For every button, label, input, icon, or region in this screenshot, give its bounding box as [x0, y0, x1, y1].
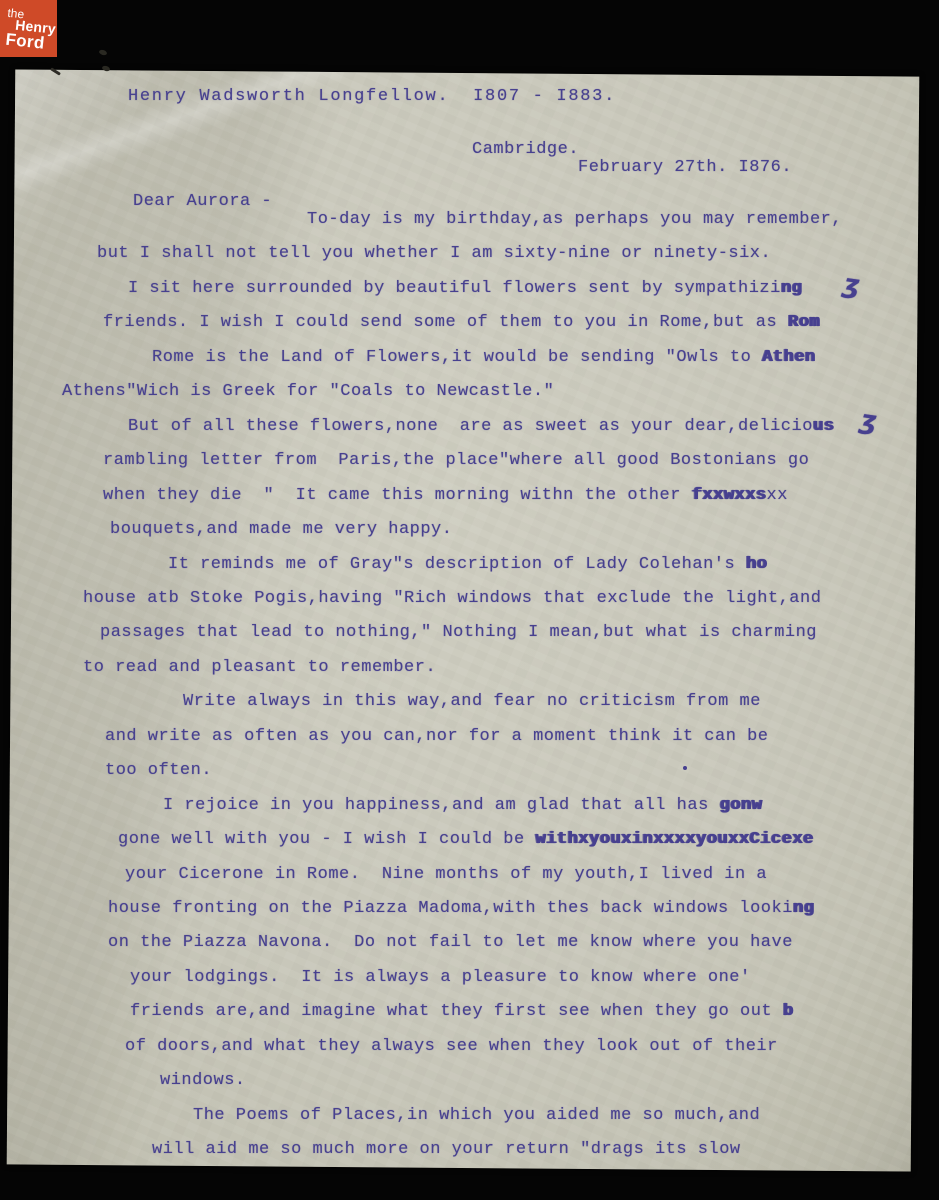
typed-text: Athens"Wich is Greek for "Coals to Newca…	[62, 382, 554, 401]
letter-line: bouquets,and made me very happy.	[110, 519, 452, 541]
typed-text: windows.	[160, 1071, 246, 1090]
letter-line: house atb Stoke Pogis,having "Rich windo…	[83, 588, 821, 610]
letter-line: of doors,and what they always see when t…	[125, 1036, 778, 1058]
letter-line: To-day is my birthday,as perhaps you may…	[307, 209, 842, 231]
letter-line: Cambridge.	[472, 139, 579, 161]
typed-text: To-day is my birthday,as perhaps you may…	[307, 210, 842, 229]
letter-line: I sit here surrounded by beautiful flowe…	[128, 278, 802, 300]
letter-line: on the Piazza Navona. Do not fail to let…	[108, 932, 793, 954]
letter-line: and write as often as you can,nor for a …	[105, 726, 769, 748]
letter-line: house fronting on the Piazza Madoma,with…	[108, 898, 814, 920]
letter-line: but I shall not tell you whether I am si…	[97, 243, 771, 265]
stray-mark	[98, 49, 107, 56]
typed-text: February 27th. I876.	[578, 158, 792, 177]
typed-text: I sit here surrounded by beautiful flowe…	[128, 279, 781, 298]
typed-text: xx	[767, 486, 788, 505]
typed-text: Henry Wadsworth Longfellow. I807 - I883.	[128, 87, 616, 106]
overstrike-text: b	[783, 1002, 794, 1021]
letter-line: friends. I wish I could send some of the…	[103, 312, 820, 334]
handwritten-mark: ʒ	[858, 405, 879, 437]
letter-line: rambling letter from Paris,the place"whe…	[103, 450, 809, 472]
letter-line: passages that lead to nothing," Nothing …	[100, 622, 817, 644]
typed-text: on the Piazza Navona. Do not fail to let…	[108, 933, 793, 952]
typed-text: But of all these flowers,none are as swe…	[128, 417, 813, 436]
typed-text: but I shall not tell you whether I am si…	[97, 244, 771, 263]
letter-line: It reminds me of Gray"s description of L…	[168, 554, 767, 576]
typed-text: of doors,and what they always see when t…	[125, 1037, 778, 1056]
overstrike-text: ng	[781, 279, 802, 298]
letter-line: Henry Wadsworth Longfellow. I807 - I883.	[128, 86, 616, 108]
letter-line: But of all these flowers,none are as swe…	[128, 416, 834, 438]
letter-line: February 27th. I876.	[578, 157, 792, 179]
typed-text: will aid me so much more on your return …	[152, 1140, 741, 1159]
letter-line: Athens"Wich is Greek for "Coals to Newca…	[62, 381, 554, 403]
overstrike-text: Rom	[788, 313, 820, 332]
letter-line: will aid me so much more on your return …	[152, 1139, 741, 1161]
letter-line: The Poems of Places,in which you aided m…	[193, 1105, 760, 1127]
typed-text: Cambridge.	[472, 140, 579, 159]
typed-text: friends. I wish I could send some of the…	[103, 313, 788, 332]
handwritten-mark: ʒ	[841, 269, 862, 301]
overstrike-text: fxxwxxs	[692, 486, 767, 505]
letter-line: gone well with you - I wish I could be w…	[118, 829, 814, 851]
stray-mark	[50, 67, 61, 75]
letter-line: friends are,and imagine what they first …	[130, 1001, 794, 1023]
overstrike-text: ng	[793, 899, 814, 918]
letter-line: your lodgings. It is always a pleasure t…	[130, 967, 751, 989]
typed-text: passages that lead to nothing," Nothing …	[100, 623, 817, 642]
typed-text: I rejoice in you happiness,and am glad t…	[163, 796, 720, 815]
stray-mark	[101, 65, 110, 72]
letter-line: when they die " It came this morning wit…	[103, 485, 788, 507]
letter-line: Dear Aurora -	[133, 191, 272, 213]
typed-text: rambling letter from Paris,the place"whe…	[103, 451, 809, 470]
typed-text: gone well with you - I wish I could be	[118, 830, 535, 849]
letter-line: your Cicerone in Rome. Nine months of my…	[125, 864, 767, 886]
typed-text: your lodgings. It is always a pleasure t…	[130, 968, 751, 987]
typed-text: The Poems of Places,in which you aided m…	[193, 1106, 760, 1125]
letter-line: too often.	[105, 760, 212, 782]
scanned-letter-page: { "colors": { "brand-red": "#cf4a28", "i…	[0, 0, 939, 1200]
overstrike-text: gonw	[720, 796, 763, 815]
typed-text: Write always in this way,and fear no cri…	[183, 692, 761, 711]
overstrike-text: us	[813, 417, 834, 436]
typed-text: Dear Aurora -	[133, 192, 272, 211]
letter-line: Write always in this way,and fear no cri…	[183, 691, 761, 713]
overstrike-text: ho	[746, 555, 767, 574]
letter-text-layer: Henry Wadsworth Longfellow. I807 - I883.…	[0, 0, 939, 1200]
overstrike-text: withxyouxinxxxxyouxxCicexe	[535, 830, 813, 849]
typed-text: Rome is the Land of Flowers,it would be …	[152, 348, 762, 367]
typed-text: too often.	[105, 761, 212, 780]
letter-line: to read and pleasant to remember.	[83, 657, 436, 679]
overstrike-text: Athen	[762, 348, 816, 367]
henry-ford-logo-text: the Henry Ford	[0, 0, 60, 60]
logo-word-ford: Ford	[5, 30, 46, 54]
typed-text: friends are,and imagine what they first …	[130, 1002, 783, 1021]
henry-ford-logo: the Henry Ford	[0, 0, 57, 57]
typed-text: to read and pleasant to remember.	[83, 658, 436, 677]
typed-text: It reminds me of Gray"s description of L…	[168, 555, 746, 574]
letter-line: I rejoice in you happiness,and am glad t…	[163, 795, 762, 817]
typed-text: and write as often as you can,nor for a …	[105, 727, 769, 746]
typed-text: your Cicerone in Rome. Nine months of my…	[125, 865, 767, 884]
letter-line: Rome is the Land of Flowers,it would be …	[152, 347, 816, 369]
typed-text: when they die " It came this morning wit…	[103, 486, 692, 505]
typed-text: house atb Stoke Pogis,having "Rich windo…	[83, 589, 821, 608]
typed-text: bouquets,and made me very happy.	[110, 520, 452, 539]
letter-line: windows.	[160, 1070, 246, 1092]
typed-text: house fronting on the Piazza Madoma,with…	[108, 899, 793, 918]
stray-mark	[683, 766, 687, 770]
